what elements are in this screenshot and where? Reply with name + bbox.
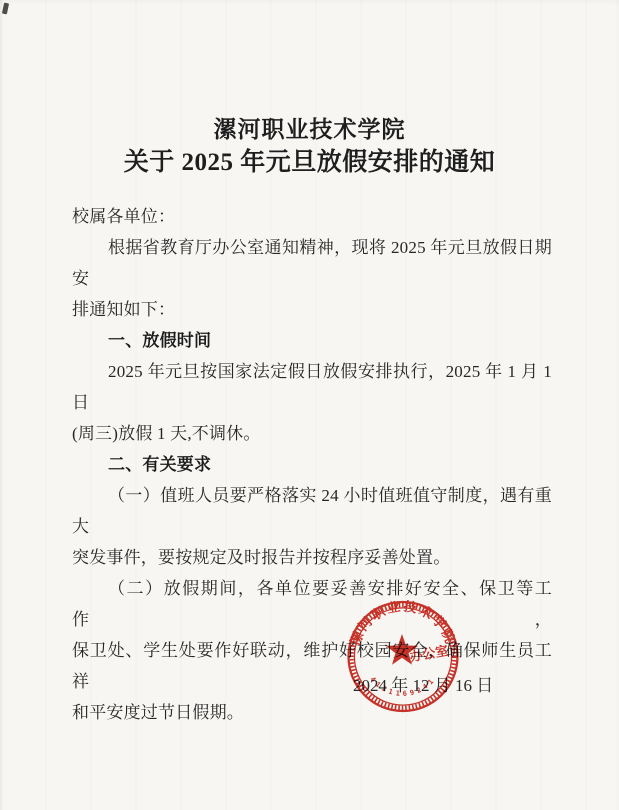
body-text-line: (周三)放假 1 天,不调休。 <box>72 418 552 449</box>
body-heading-line: 二、有关要求 <box>72 449 552 480</box>
document-title: 漯河职业技术学院 关于 2025 年元旦放假安排的通知 <box>0 113 619 179</box>
title-org-name: 漯河职业技术学院 <box>0 113 619 146</box>
seal-code: 4111169241 <box>368 675 437 698</box>
body-heading-line: 一、放假时间 <box>72 325 552 356</box>
body-text-line: 2025 年元旦按国家法定假日放假安排执行，2025 年 1 月 1 日 <box>72 356 552 418</box>
body-text-line: 校属各单位： <box>72 201 552 232</box>
body-text-line: 突发事件，要按规定及时报告并按程序妥善处置。 <box>72 542 552 573</box>
title-notice-subject: 关于 2025 年元旦放假安排的通知 <box>0 146 619 179</box>
body-text-line: （一）值班人员要严格落实 24 小时值班值守制度，遇有重大 <box>72 480 552 542</box>
official-seal: 漯河职业技术学院 办公室 4111169241 <box>345 600 461 713</box>
body-text-line: （二）放假期间，各单位要妥善安排好安全、保卫等工作， <box>72 573 552 635</box>
scanned-notice-page: 漯河职业技术学院 关于 2025 年元旦放假安排的通知 校属各单位：根据省教育厅… <box>0 0 619 810</box>
document-body: 校属各单位：根据省教育厅办公室通知精神，现将 2025 年元旦放假日期安排通知如… <box>72 201 552 728</box>
body-text-line: 根据省教育厅办公室通知精神，现将 2025 年元旦放假日期安 <box>72 232 552 294</box>
scan-artifact-mark <box>2 3 9 15</box>
body-text-line: 和平安度过节日假期。 <box>72 697 552 728</box>
body-text-line: 排通知如下： <box>72 294 552 325</box>
